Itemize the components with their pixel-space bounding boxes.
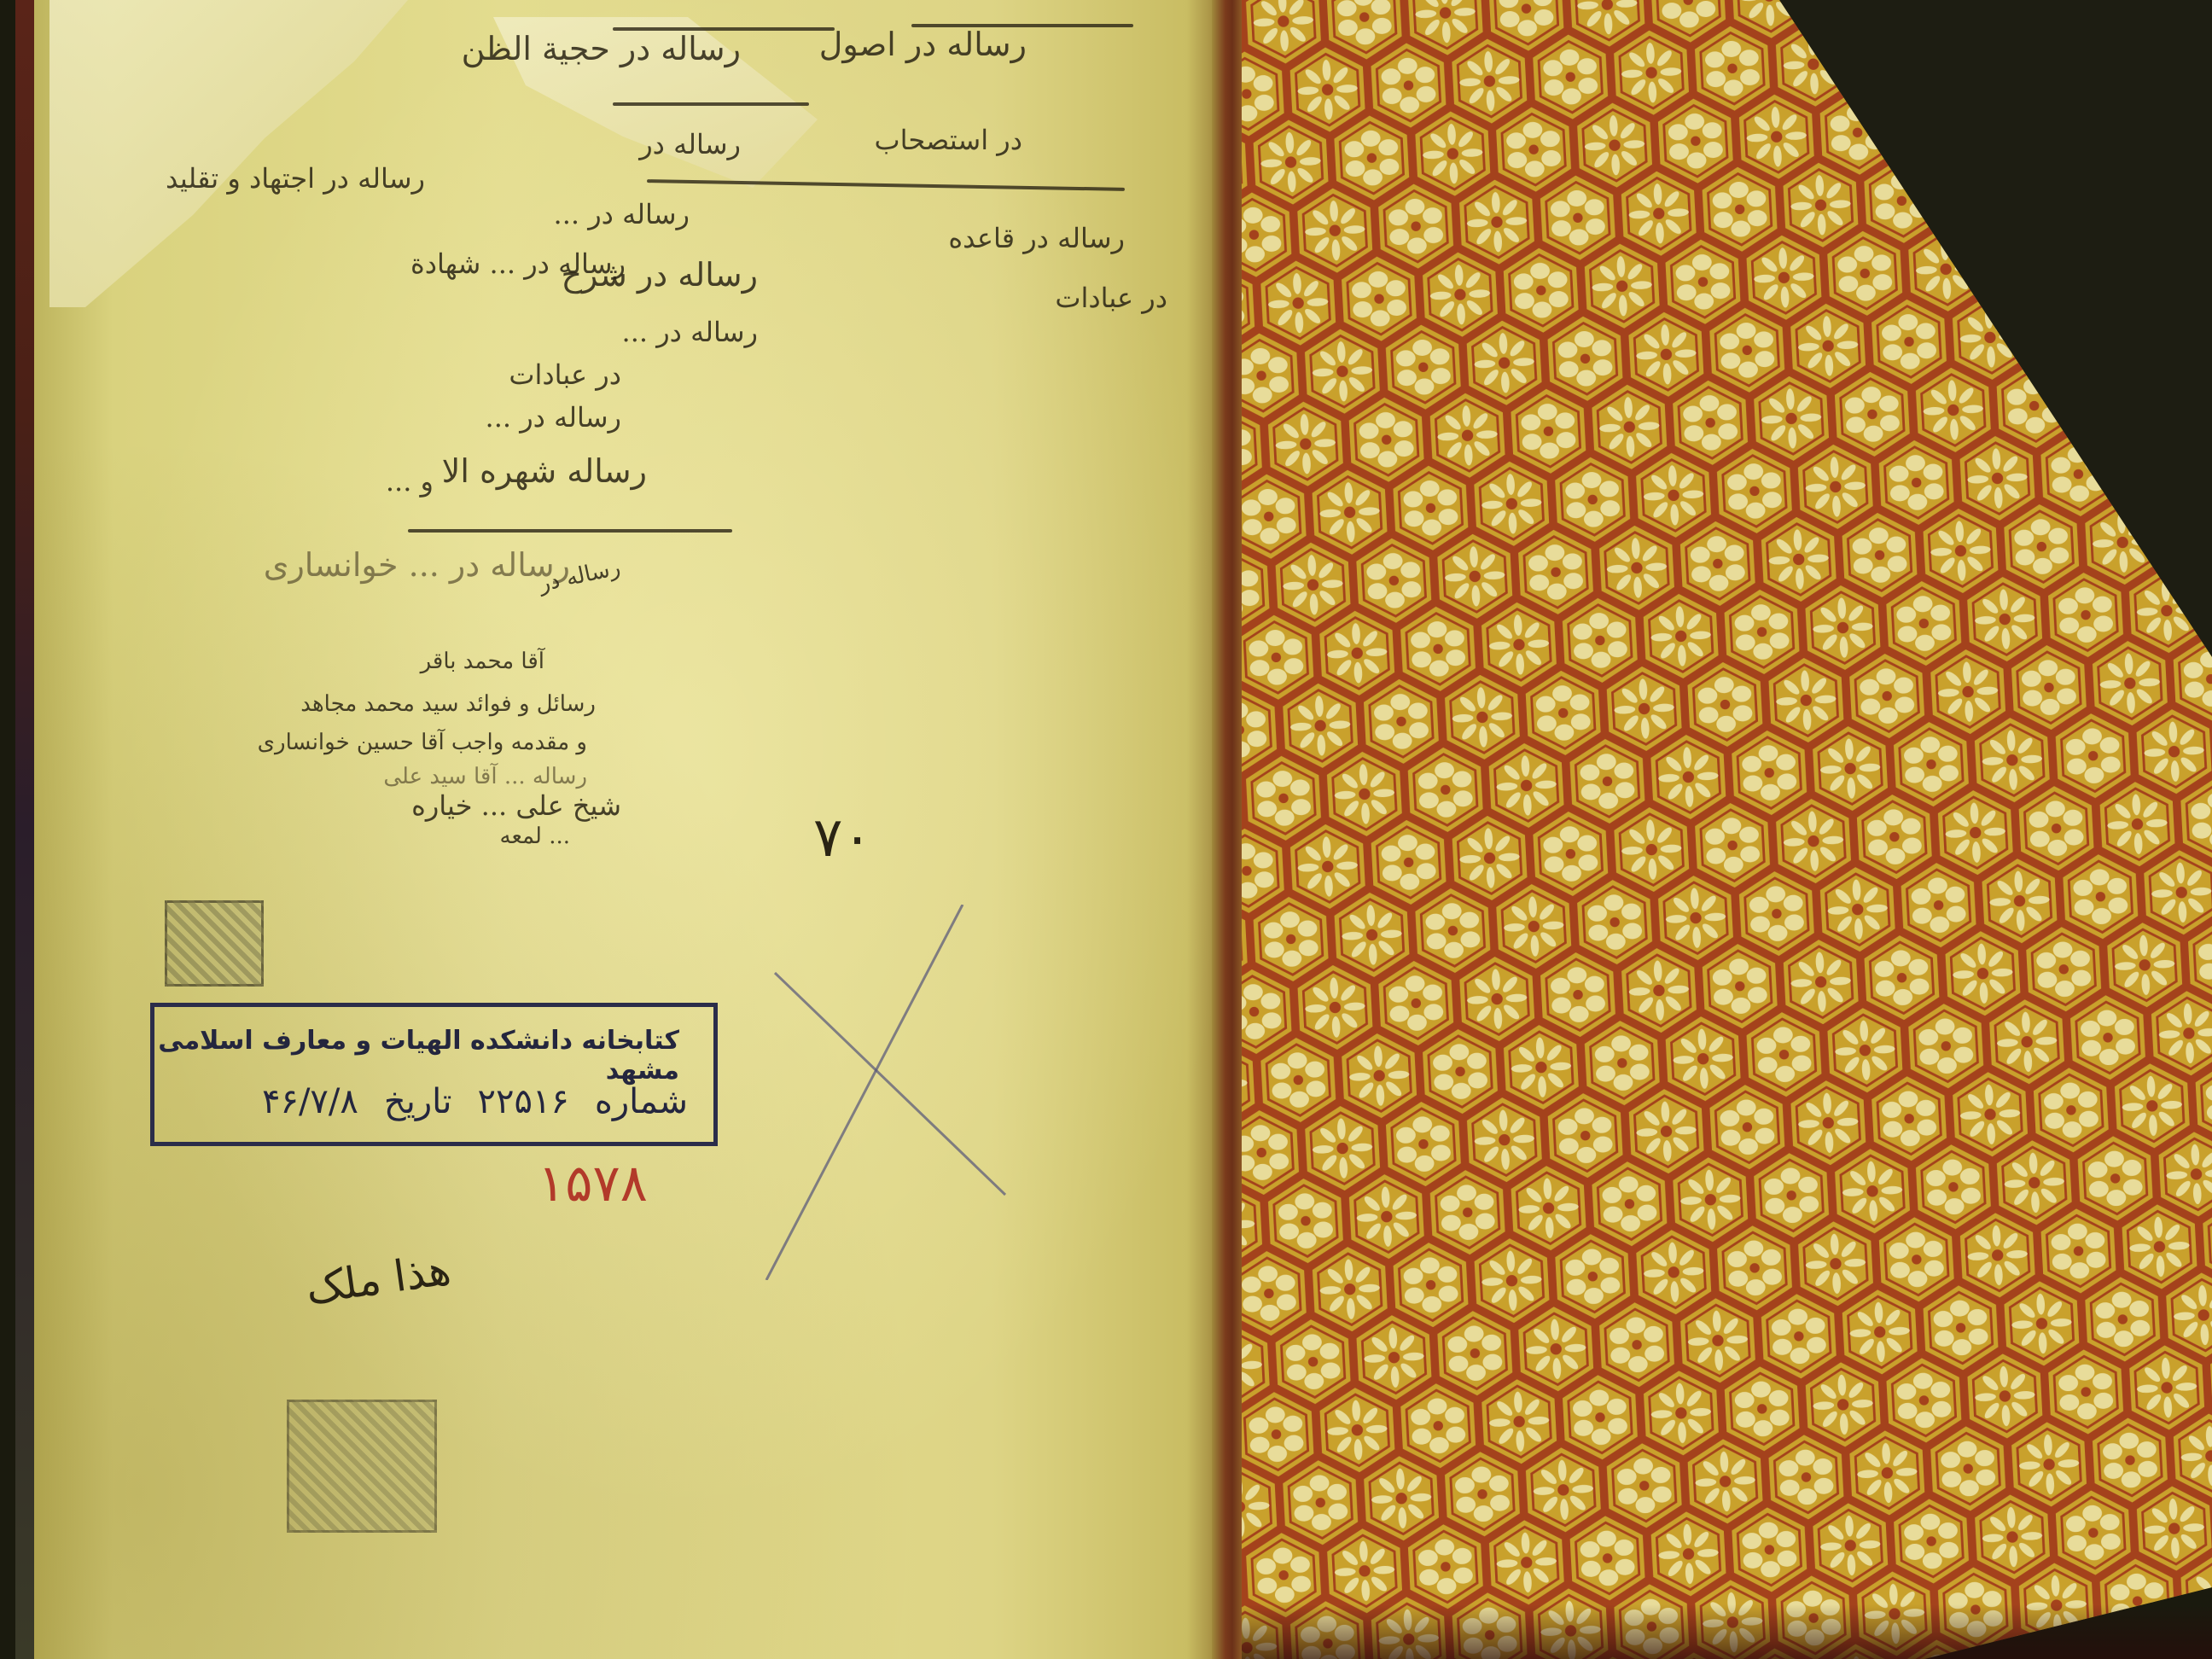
red-catalog-number: ۱۵۷۸	[538, 1154, 648, 1214]
manuscript-photo: رساله در اصول رساله در حجیة الظن در استص…	[0, 0, 2212, 1659]
page-edge	[15, 0, 34, 1659]
toc-line: رساله شهره الا	[442, 452, 647, 490]
toc-line: رساله در حجیة الظن	[462, 30, 741, 67]
ink-rule	[647, 179, 1125, 191]
folio-number: ۷۰	[813, 806, 872, 870]
toc-line: رساله در ...	[622, 316, 758, 348]
note-line: و مقدمه واجب آقا حسین خوانساری	[258, 730, 587, 755]
note-line: رساله ... آقا سید علی	[383, 764, 587, 789]
toc-line: در عبادات	[1055, 282, 1167, 314]
toc-line: رساله در قاعده	[948, 222, 1125, 254]
stamp-number-label: شماره	[595, 1082, 688, 1121]
toc-line: در استصحاب	[874, 124, 1022, 156]
left-flyleaf-page: رساله در اصول رساله در حجیة الظن در استص…	[15, 0, 1236, 1659]
binding-gutter	[1212, 0, 1246, 1659]
torn-paper-flap	[49, 0, 408, 307]
toc-line: رساله در	[639, 128, 741, 160]
note-line: ... لمعه	[500, 824, 571, 849]
toc-line: رساله در ... خوانساری	[264, 546, 570, 584]
stamp-number: ۲۲۵۱۶	[477, 1082, 568, 1121]
toc-line: و ...	[386, 465, 434, 498]
note-line: رسائل و فوائد سید محمد مجاهد	[300, 691, 596, 717]
toc-line: رساله در اصول	[819, 26, 1027, 63]
ink-rule	[613, 102, 809, 106]
toc-line: رساله در اجتهاد و تقلید	[166, 162, 425, 195]
pencil-cross-mark	[749, 905, 1057, 1280]
stamp-date-label: تاریخ	[384, 1082, 452, 1121]
ink-rule	[408, 529, 732, 533]
cover-edge-shadow	[1242, 1604, 2212, 1659]
seal-stamp-bottom	[287, 1400, 437, 1533]
ownership-signature: هذا ملک	[303, 1244, 454, 1313]
ink-rule	[613, 27, 835, 31]
library-stamp: کتابخانه دانشکده الهیات و معارف اسلامی م…	[150, 1003, 718, 1146]
toc-line: رساله در ...	[554, 198, 690, 230]
stamp-library-name: کتابخانه دانشکده الهیات و معارف اسلامی م…	[154, 1026, 679, 1086]
note-line: شیخ علی ... خیاره	[411, 789, 621, 822]
stamp-date: ۴۶/۷/۸	[262, 1082, 358, 1121]
toc-line: رساله در شرح	[562, 256, 759, 294]
toc-line: رساله در ...	[486, 401, 621, 434]
stamp-registry-line: شماره ۲۲۵۱۶ تاریخ ۴۶/۷/۸	[262, 1082, 688, 1121]
toc-line: در عبادات	[509, 358, 621, 391]
ink-rule	[911, 24, 1133, 27]
note-line: آقا محمد باقر	[421, 649, 544, 674]
seal-stamp-small	[165, 900, 264, 987]
